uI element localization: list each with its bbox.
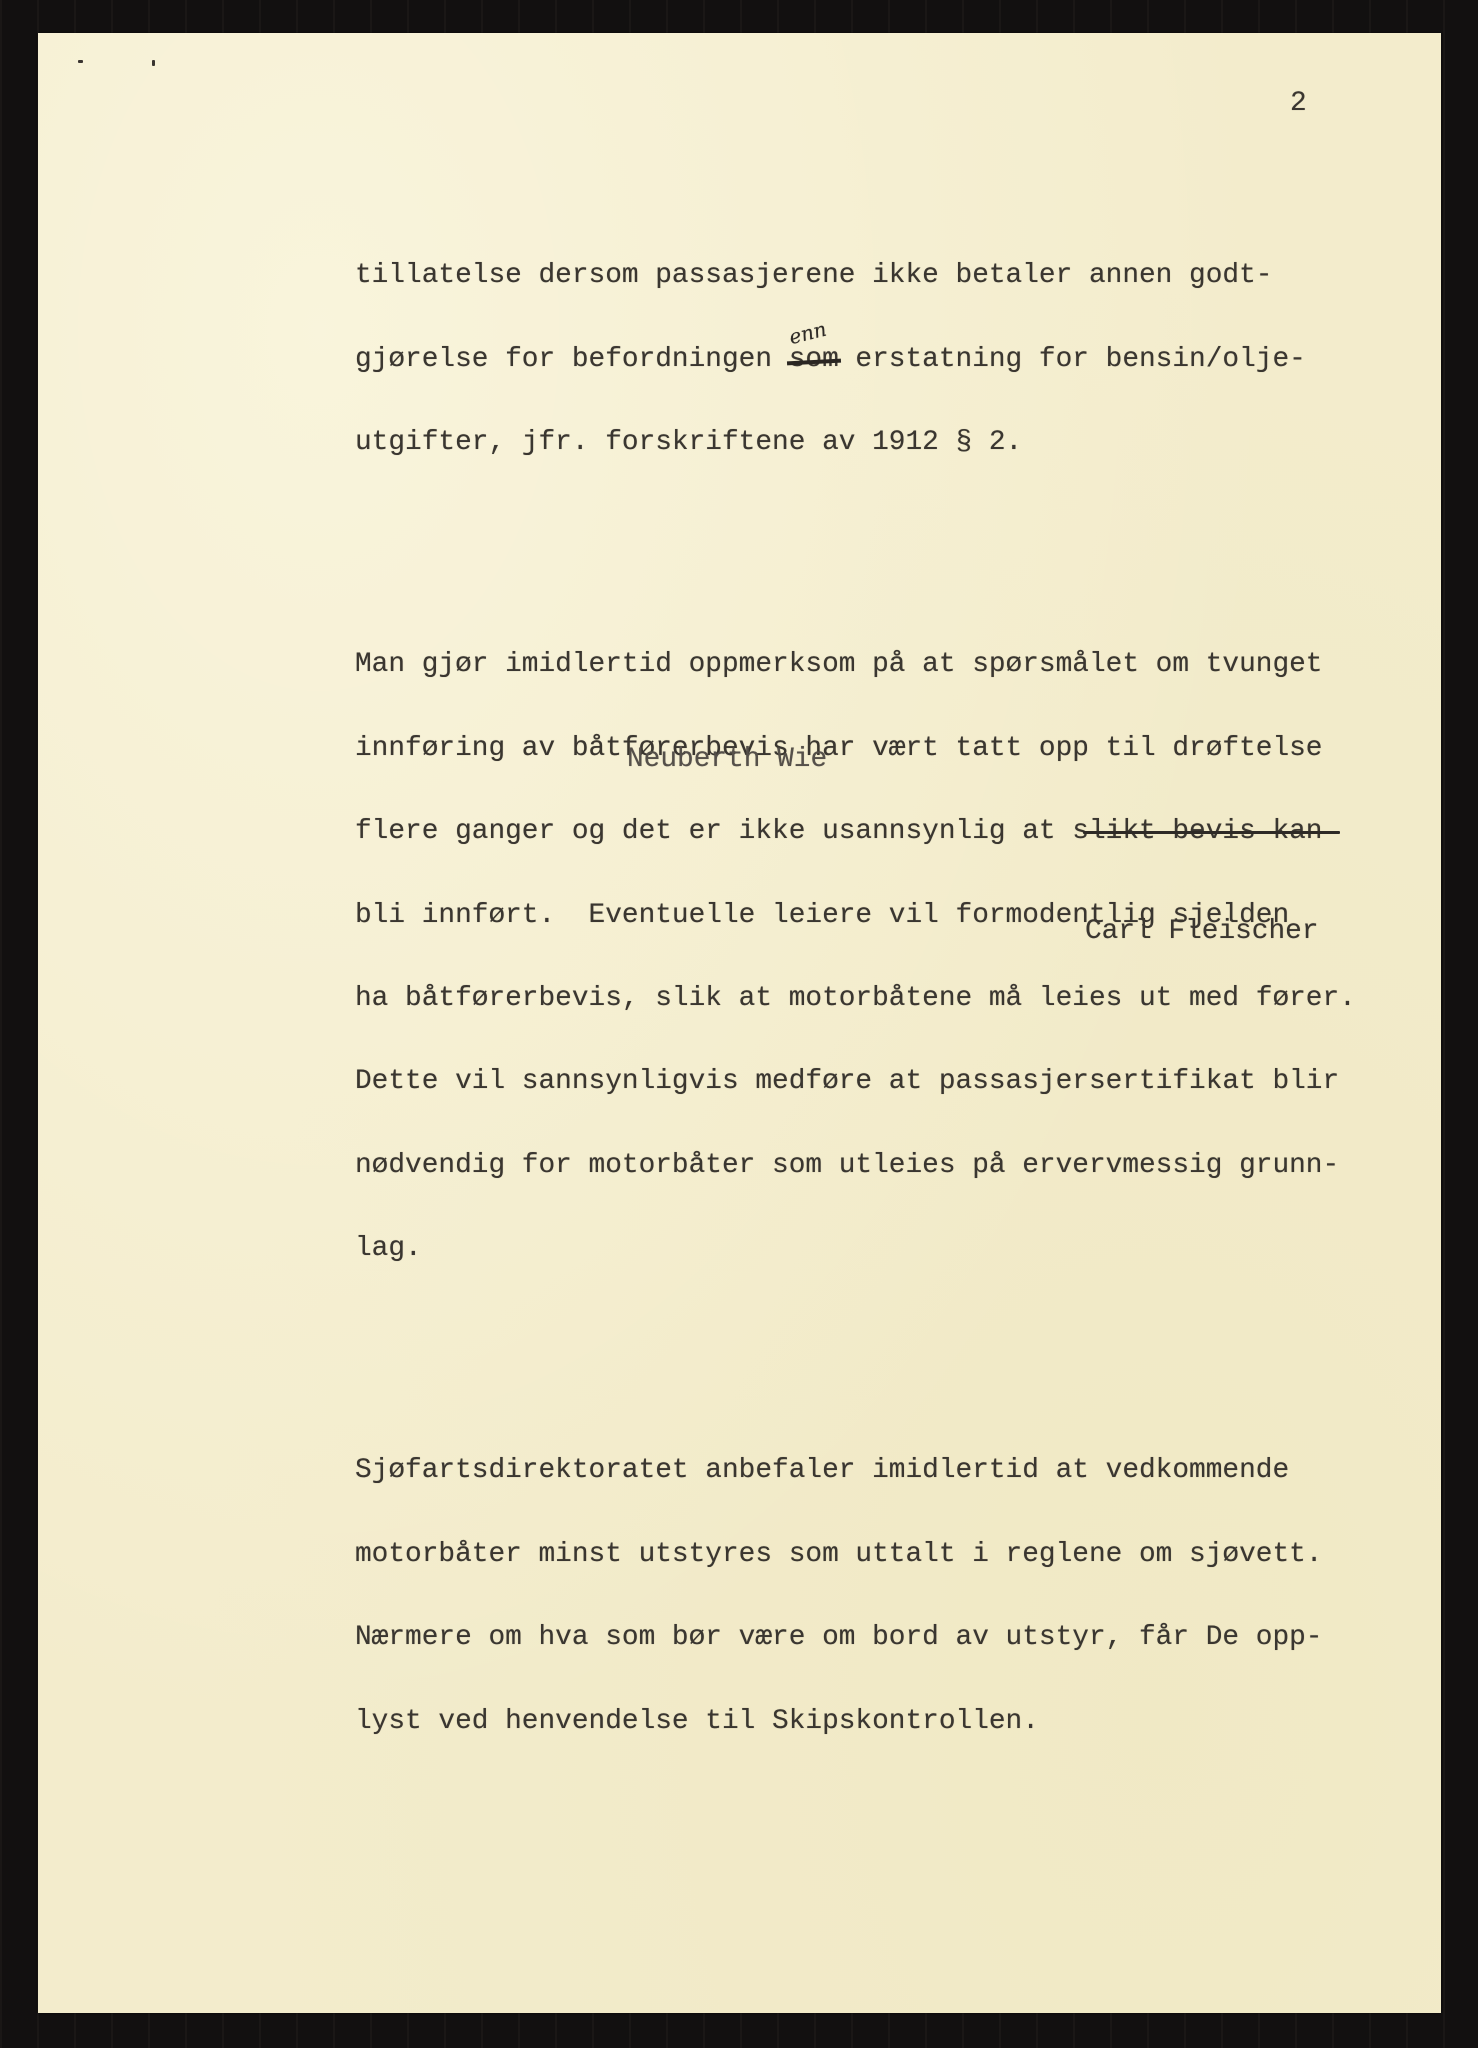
text-line: Sjøfartsdirektoratet anbefaler imidlerti…: [355, 1457, 1356, 1485]
margin-mark: [152, 60, 155, 66]
signature-line: [1083, 831, 1340, 834]
text-line: lag.: [355, 1235, 1356, 1263]
page-number: 2: [1290, 90, 1307, 118]
signature-name-left: Neuberth Wie: [627, 746, 827, 774]
paragraph-2: Man gjør imidlertid oppmerksom på at spø…: [355, 596, 1356, 1319]
paragraph-1: tillatelse dersom passasjerene ikke beta…: [355, 207, 1356, 513]
text-line: nødvendig for motorbåter som utleies på …: [355, 1152, 1356, 1180]
margin-mark: [78, 60, 83, 63]
text-line: Man gjør imidlertid oppmerksom på at spø…: [355, 651, 1356, 679]
paragraph-3: Sjøfartsdirektoratet anbefaler imidlerti…: [355, 1402, 1356, 1791]
line-text-before: gjørelse for befordningen: [355, 344, 789, 375]
text-line: utgifter, jfr. forskriftene av 1912 § 2.: [355, 429, 1356, 457]
text-line: tillatelse dersom passasjerene ikke beta…: [355, 262, 1356, 290]
text-line: ha båtførerbevis, slik at motorbåtene må…: [355, 985, 1356, 1013]
line-text-after: erstatning for bensin/olje-: [839, 344, 1306, 375]
text-line-with-correction: gjørelse for befordningen somenn erstatn…: [355, 346, 1356, 374]
text-line: lyst ved henvendelse til Skipskontrollen…: [355, 1708, 1356, 1736]
signature-name-right: Carl Fleischer: [1085, 918, 1319, 946]
struck-word: somenn: [789, 346, 839, 374]
text-line: innføring av båtførerbevis har vært tatt…: [355, 735, 1356, 763]
letter-body: tillatelse dersom passasjerene ikke beta…: [355, 151, 1356, 1819]
text-line: motorbåter minst utstyres som uttalt i r…: [355, 1541, 1356, 1569]
text-line: Nærmere om hva som bør være om bord av u…: [355, 1624, 1356, 1652]
text-line: Dette vil sannsynligvis medføre at passa…: [355, 1068, 1356, 1096]
